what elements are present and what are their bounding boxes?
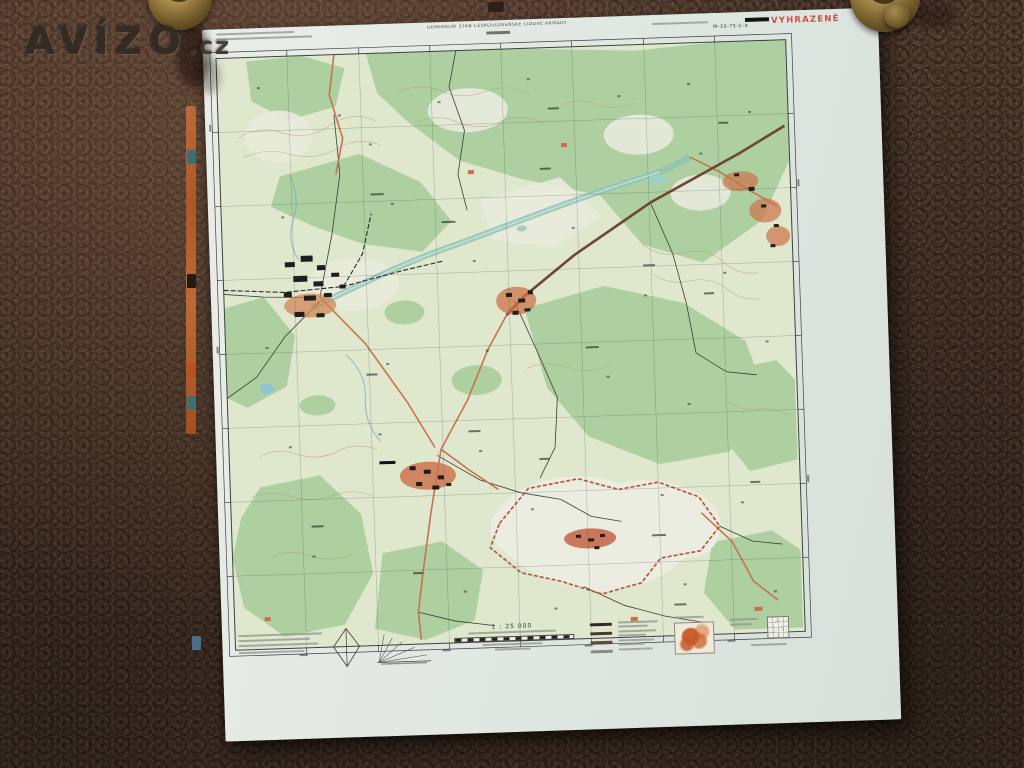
watermark-brand: AVÍZO	[26, 20, 188, 63]
edge-tab-dark	[187, 274, 196, 288]
region-note-line	[652, 21, 708, 25]
grid-zone-bar	[745, 17, 769, 22]
grid-key-caption	[751, 643, 787, 646]
knob-shadow-soft	[196, 58, 220, 94]
knob-hole	[164, 0, 194, 2]
edge-tab-orange	[187, 364, 196, 378]
edge-tab-teal	[187, 150, 196, 164]
sheet-code: M-33-75-C-d	[713, 24, 748, 30]
watermark: AVÍZO.cz	[26, 20, 231, 63]
photo-scene: GENERÁLNÍ ŠTÁB ČESKOSLOVENSKÉ LIDOVÉ ARM…	[0, 0, 1024, 768]
slope-scale-diagram	[374, 629, 433, 667]
inset-index-map	[674, 621, 715, 654]
sheet-name-smudge	[486, 31, 510, 35]
town-label-smudge	[379, 461, 395, 465]
edge-tab-blue	[192, 636, 201, 650]
knob-stem	[884, 2, 910, 28]
map-sheet-paper: GENERÁLNÍ ŠTÁB ČESKOSLOVENSKÉ LIDOVÉ ARM…	[202, 8, 901, 742]
watermark-tld: .cz	[188, 32, 231, 60]
declination-diagram	[332, 627, 361, 668]
topographic-map	[206, 29, 816, 660]
grid-key-square	[767, 616, 790, 639]
road-label-line	[619, 647, 653, 650]
classification-stamp: VYHRAZENÉ	[771, 14, 840, 26]
road-sample-4	[591, 650, 613, 653]
agency-header: GENERÁLNÍ ŠTÁB ČESKOSLOVENSKÉ LIDOVÉ ARM…	[407, 20, 587, 31]
edge-tab-teal-2	[187, 396, 196, 410]
paper-edge-notch	[488, 2, 504, 12]
